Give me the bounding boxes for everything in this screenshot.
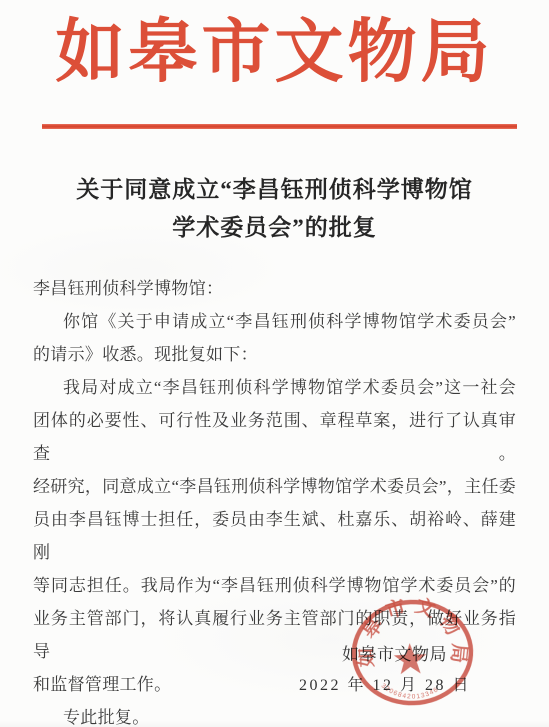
title-line-2: 学术委员会”的批复 bbox=[0, 209, 549, 247]
body-line: 你馆《关于申请成立“李昌钰刑侦科学博物馆学术委员会” bbox=[33, 305, 516, 338]
document-page: 如皋市文物局 关于同意成立“李昌钰刑侦科学博物馆 学术委员会”的批复 李昌钰刑侦… bbox=[0, 0, 549, 727]
official-seal: 如皋市文物局 3206842013346 bbox=[348, 595, 478, 713]
body-line: 的请示》收悉。现批复如下： bbox=[33, 338, 516, 371]
document-title: 关于同意成立“李昌钰刑侦科学博物馆 学术委员会”的批复 bbox=[0, 171, 549, 247]
letterhead-divider bbox=[42, 124, 517, 129]
agency-letterhead: 如皋市文物局 bbox=[0, 6, 549, 98]
body-line: 经研究，同意成立“李昌钰刑侦科学博物馆学术委员会”，主任委 bbox=[33, 470, 516, 503]
salutation-line: 李昌钰刑侦科学博物馆： bbox=[33, 272, 516, 305]
body-line: 团体的必要性、可行性及业务范围、章程草案，进行了认真审查。 bbox=[33, 404, 516, 470]
title-line-1: 关于同意成立“李昌钰刑侦科学博物馆 bbox=[0, 171, 549, 209]
body-line: 我局对成立“李昌钰刑侦科学博物馆学术委员会”这一社会 bbox=[33, 371, 516, 404]
star-icon bbox=[393, 643, 426, 675]
body-line: 员由李昌钰博士担任，委员由李生斌、杜嘉乐、胡裕岭、薛建刚 bbox=[33, 503, 516, 569]
